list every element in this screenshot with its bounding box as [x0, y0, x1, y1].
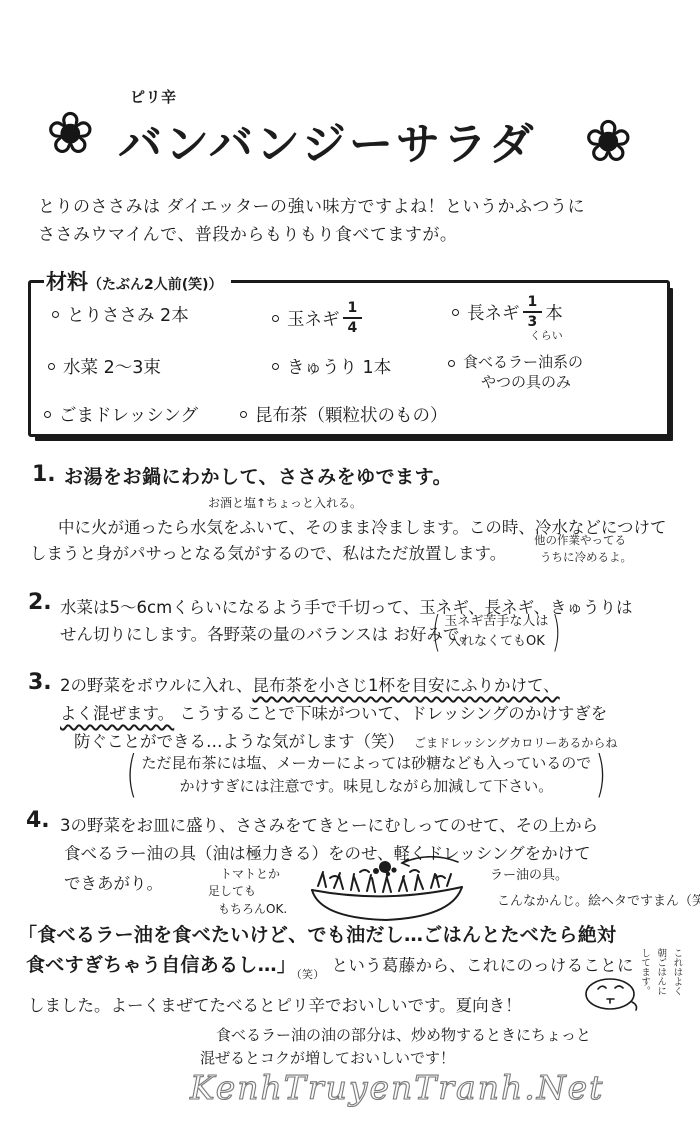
bowl-label-left: トマトとか 足しても もちろんOK.: [208, 866, 287, 918]
ingredient-label: 玉ネギ: [287, 306, 340, 331]
close-paren: ): [552, 613, 561, 651]
ingredient-kyuri: きゅうり 1本: [272, 354, 391, 379]
title-ruby: ピリ辛: [130, 86, 177, 107]
outro-quote-line2: 食べすぎちゃう自信あるし…」（笑） という葛藤から、これにのっけることに: [26, 950, 634, 982]
bowl-left-line3: もちろんOK.: [208, 901, 287, 918]
open-paren: (: [126, 752, 137, 797]
bowl-left-line2: 足しても: [208, 883, 287, 900]
bowl-label-rayu: ラー油の具。: [490, 864, 568, 883]
step3-line1-plain: 2の野菜をボウルに入れ、: [60, 676, 253, 695]
intro-line-1: とりのささみは ダイエッターの強い味方ですよね！というかふつうに: [38, 193, 585, 221]
intro-line-2: ささみウマイんで、普段からもりもり食べてますが。: [38, 221, 585, 249]
fraction-numerator: 1: [523, 294, 543, 313]
ingredient-torisasami: とりささみ 2本: [52, 302, 189, 327]
ingredient-rayu: 食べるラー油系の やつの具のみ: [448, 352, 583, 393]
ingredient-tamanegi: 玉ネギ 1 4: [272, 300, 365, 336]
step2-paren-note: ( 玉ネギ苦手な人は 入れなくてもOK ): [428, 612, 565, 651]
ingredient-naganegi: 長ネギ 1 3 本 くらい: [452, 294, 563, 343]
outro-warai: （笑）: [296, 968, 324, 981]
step1-side-line2: うちに冷めるよ。: [534, 549, 632, 566]
bullet-icon: [448, 360, 455, 367]
ingredient-label: ごまドレッシング: [59, 402, 198, 427]
watermark: KenhTruyenTranh.Net: [190, 1068, 604, 1107]
salad-bowl-illustration: [290, 856, 490, 928]
step4-number: 4.: [26, 808, 50, 833]
open-paren: (: [432, 613, 441, 651]
ingredient-label: 水菜 2～3束: [63, 354, 161, 379]
step2-line2: せん切りにします。各野菜の量のバランスは お好みで。: [60, 621, 476, 645]
ingredient-label: 昆布茶（顆粒状のもの）: [255, 402, 448, 427]
step3-line2-plain: こうすることで下味がついて、ドレッシングのかけすぎを: [179, 704, 607, 723]
intro-paragraph: とりのささみは ダイエッターの強い味方ですよね！というかふつうに ささみウマイん…: [38, 193, 585, 249]
outro-quote-end: 食べすぎちゃう自信あるし…」: [26, 954, 296, 976]
step3-line1: 2の野菜をボウルに入れ、昆布茶を小さじ1杯を目安にふりかけて、: [60, 672, 560, 696]
step1-number: 1.: [32, 462, 56, 487]
ingredient-mizuna: 水菜 2～3束: [48, 354, 161, 379]
ingredient-label-line1: 食べるラー油系の: [463, 352, 583, 372]
step1-annotation: お酒と塩↑ちょっと入れる。: [208, 494, 362, 511]
step3-paren-line2: かけすぎには注意です。味見しながら加減して下さい。: [142, 775, 592, 798]
step1-side-line1: 他の作業やってる: [534, 532, 632, 549]
bullet-icon: [44, 411, 51, 418]
ingredients-heading-note: （たぶん2人前(笑)）: [88, 277, 223, 293]
doodle-vertical-note: これはよく 朝ごはんに してます。: [636, 948, 684, 1078]
doodle-note-line2: 朝ごはんに: [652, 948, 668, 1078]
step3-paren-line1: ただ昆布茶には塩、メーカーによっては砂糖なども入っているので: [142, 752, 592, 775]
step2-paren-line1: 玉ネギ苦手な人は: [444, 612, 548, 632]
fraction-numerator: 1: [343, 300, 363, 319]
doodle-note-line1: これはよく: [668, 948, 684, 1078]
ingredients-heading: 材料（たぶん2人前(笑)）: [44, 266, 231, 296]
step1-main: お湯をお鍋にわかして、ささみをゆでます。: [64, 462, 452, 489]
close-paren: ): [596, 752, 607, 797]
step3-number: 3.: [28, 670, 52, 695]
bullet-icon: [240, 411, 247, 418]
ingredient-label-line2: やつの具のみ: [463, 372, 583, 392]
ingredient-label: 長ネギ: [467, 300, 520, 325]
ingredient-unit: 本: [545, 300, 563, 325]
step3-line1-underlined: 昆布茶を小さじ1杯を目安にふりかけて、: [253, 676, 560, 695]
fraction-one-quarter: 1 4: [343, 300, 363, 336]
fraction-one-third: 1 3: [523, 294, 543, 330]
fraction-denominator: 4: [348, 319, 358, 336]
bullet-icon: [452, 309, 459, 316]
flower-icon-left: ❀: [46, 104, 95, 162]
doodle-note-line3: してます。: [636, 948, 652, 1078]
flower-icon-right: ❀: [584, 112, 633, 170]
step4-line3: できあがり。: [64, 870, 163, 894]
ingredient-label: きゅうり 1本: [287, 354, 391, 379]
final-tip-line2: 混ぜるとコクが増しておいしいです！: [200, 1047, 455, 1068]
step3-line3-text: 防ぐことができる…ような気がします（笑）: [74, 732, 404, 751]
step4-line1: 3の野菜をお皿に盛り、ささみをてきとーにむしってのせて、その上から: [60, 812, 598, 836]
ingredient-dressing: ごまドレッシング: [44, 402, 198, 427]
ingredient-label: とりささみ 2本: [67, 302, 189, 327]
step3-line2-underlined: よく混ぜます。: [60, 704, 174, 723]
ingredient-konbucha: 昆布茶（顆粒状のもの）: [240, 402, 448, 427]
bullet-icon: [48, 363, 55, 370]
outro-line3: しました。よーくまぜてたべるとピリ辛でおいしいです。夏向き！: [28, 992, 522, 1016]
step1-side-note: 他の作業やってる うちに冷めるよ。: [534, 532, 632, 567]
step2-paren-line2: 入れなくてもOK: [444, 632, 548, 652]
ingredients-heading-label: 材料: [46, 270, 88, 294]
ingredient-note: くらい: [452, 327, 563, 343]
step3-paren-note: ( ただ昆布茶には塩、メーカーによっては砂糖なども入っているので かけすぎには注…: [122, 752, 611, 797]
step3-calorie-note: ごまドレッシングカロリーあるからね: [414, 736, 617, 750]
bullet-icon: [52, 311, 59, 318]
bowl-label-comment: こんなかんじ。絵ヘタですまん（笑）: [497, 890, 700, 909]
bullet-icon: [272, 315, 279, 322]
step3-line3: 防ぐことができる…ような気がします（笑）ごまドレッシングカロリーあるからね: [74, 728, 617, 752]
bowl-left-line1: トマトとか: [208, 866, 287, 883]
page-title: バンバンジーサラダ: [118, 108, 536, 172]
step3-line2: よく混ぜます。 こうすることで下味がついて、ドレッシングのかけすぎを: [60, 700, 607, 724]
step2-number: 2.: [28, 590, 52, 615]
outro-quote-line1: 「食べるラー油を食べたいけど、でも油だし…ごはんとたべたら絶対: [18, 920, 616, 947]
final-tip-line1: 食べるラー油の油の部分は、炒め物するときにちょっと: [216, 1024, 591, 1045]
recipe-page: ❀ ピリ辛 バンバンジーサラダ ❀ とりのささみは ダイエッターの強い味方ですよ…: [0, 0, 700, 1126]
step1-body-line2: しまうと身がパサっとなる気がするので、私はただ放置します。: [30, 540, 506, 564]
face-doodle: [583, 972, 641, 1014]
bullet-icon: [272, 363, 279, 370]
